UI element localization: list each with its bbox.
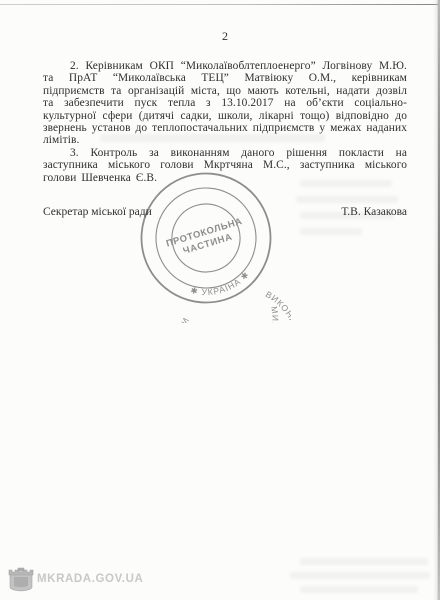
scan-right-edge-shadow <box>433 0 440 600</box>
page-number: 2 <box>43 29 407 44</box>
official-round-stamp: ВИКОНАВЧИЙ КОМІТЕТ МИКОЛАЇВСЬКОЇ МІСЬКОЇ… <box>121 153 291 323</box>
scanned-document-page: 2 2. Керівникам ОКП “Миколаївоблтеплоене… <box>0 0 440 600</box>
ink-bleed-smudge <box>290 572 430 579</box>
scan-top-edge-line <box>0 4 440 5</box>
paragraph-2: 2. Керівникам ОКП “Миколаївоблтеплоенерг… <box>43 60 407 147</box>
ink-bleed-smudge <box>300 586 418 593</box>
stamp-inner-ring-text: МИКОЛАЇВСЬКОЇ ОБЛАСТІ <box>183 304 291 323</box>
site-watermark: MKRADA.GOV.UA <box>6 565 143 593</box>
city-emblem-icon <box>6 565 36 593</box>
watermark-text: MKRADA.GOV.UA <box>37 573 143 585</box>
stamp-outer-ring-bottom-text: ✱ УКРАЇНА ✱ <box>187 268 254 304</box>
ink-bleed-smudge <box>300 558 428 565</box>
ink-bleed-smudge <box>300 228 362 235</box>
signature-name: Т.В. Казакова <box>341 206 407 218</box>
ink-bleed-smudge <box>296 196 398 203</box>
